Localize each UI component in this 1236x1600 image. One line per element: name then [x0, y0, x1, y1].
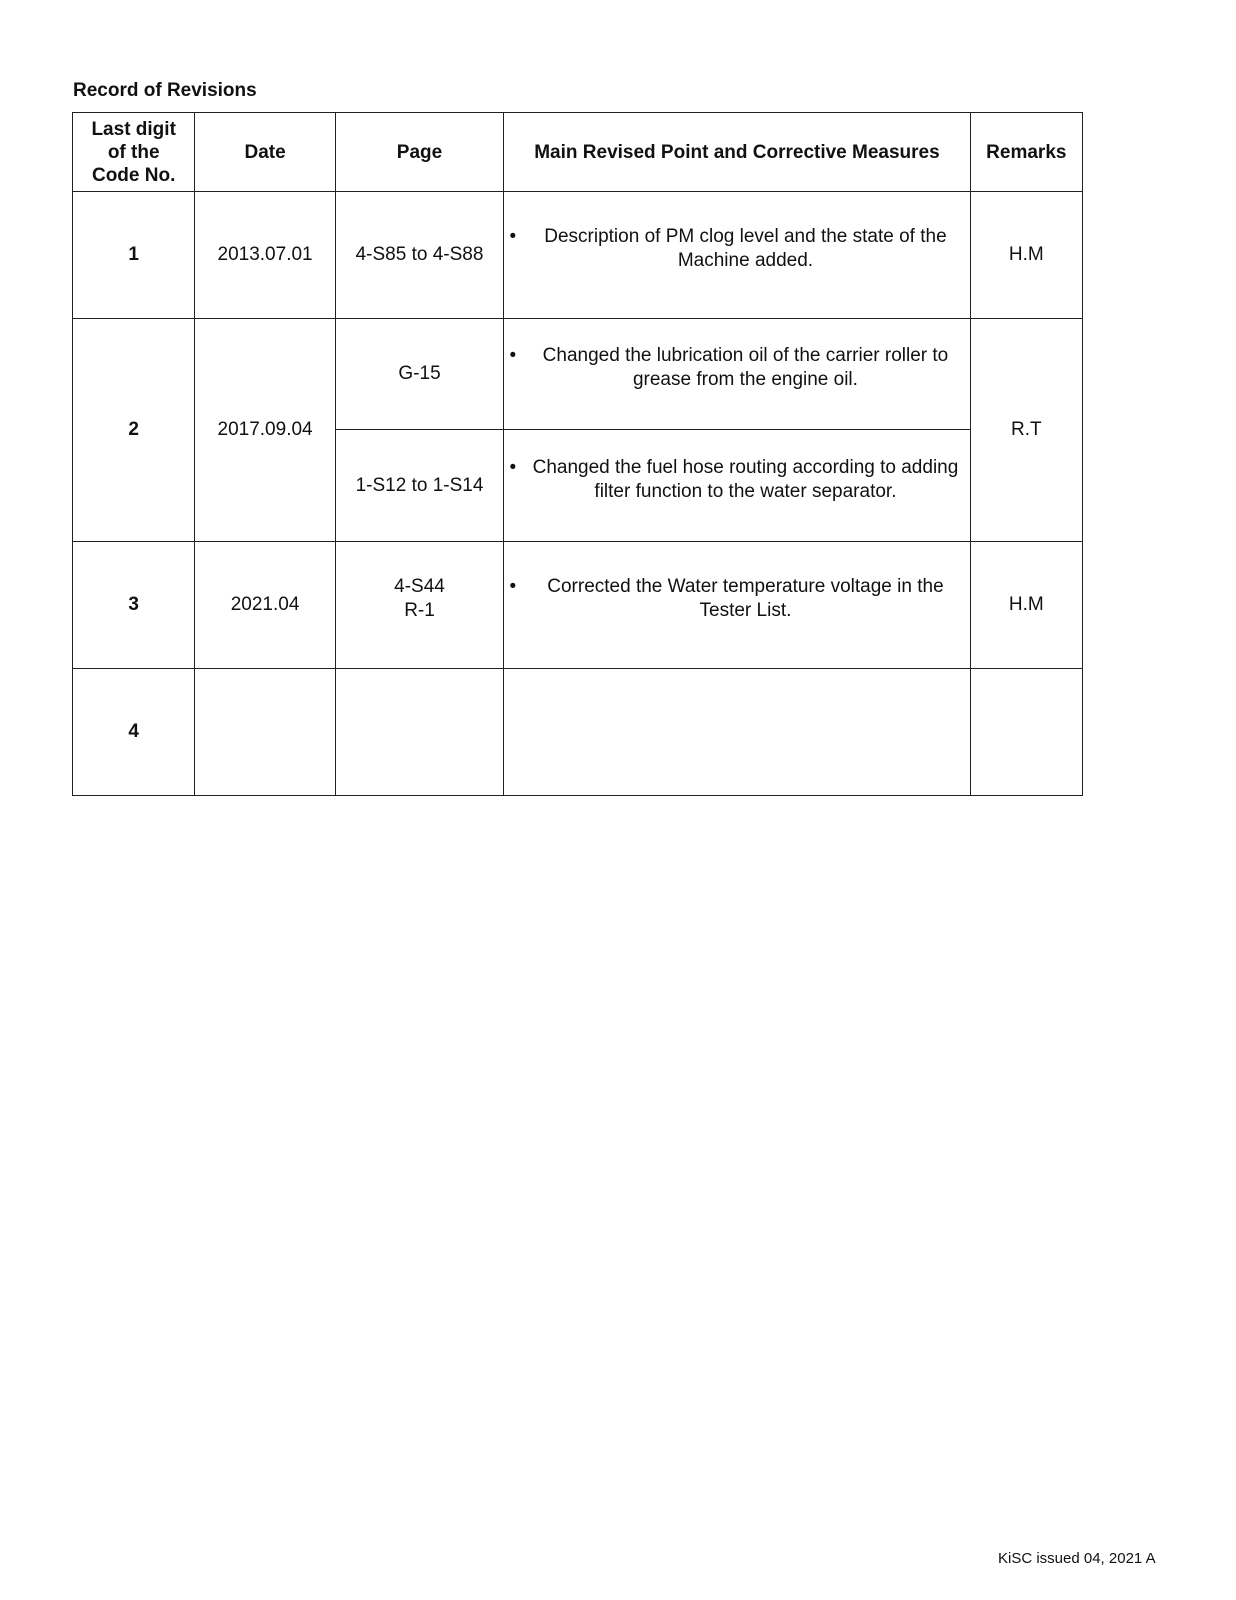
header-remarks: Remarks [970, 113, 1082, 192]
table-row: 3 2021.04 4-S44 R-1 •Corrected the Water… [73, 542, 1083, 669]
page-cell: G-15 [335, 319, 504, 430]
date-cell [195, 669, 335, 796]
bullet-icon: • [504, 344, 521, 368]
description-cell: •Description of PM clog level and the st… [504, 192, 970, 319]
remarks-cell: R.T [970, 319, 1082, 542]
table-header-row: Last digit of the Code No. Date Page Mai… [73, 113, 1083, 192]
code-cell: 1 [73, 192, 195, 319]
header-date: Date [195, 113, 335, 192]
page-cell [335, 669, 504, 796]
document-title: Record of Revisions [73, 80, 257, 102]
code-cell: 4 [73, 669, 195, 796]
bullet-icon: • [504, 456, 521, 480]
header-measures: Main Revised Point and Corrective Measur… [504, 113, 970, 192]
page-cell: 4-S85 to 4-S88 [335, 192, 504, 319]
page-cell: 1-S12 to 1-S14 [335, 430, 504, 542]
description-cell: •Corrected the Water temperature voltage… [504, 542, 970, 669]
bullet-icon: • [504, 575, 521, 599]
revisions-table: Last digit of the Code No. Date Page Mai… [72, 112, 1083, 796]
code-cell: 2 [73, 319, 195, 542]
bullet-icon: • [504, 225, 521, 249]
code-cell: 3 [73, 542, 195, 669]
description-cell: •Changed the fuel hose routing according… [504, 430, 970, 542]
description-cell: •Changed the lubrication oil of the carr… [504, 319, 970, 430]
table-row: 4 [73, 669, 1083, 796]
remarks-cell: H.M [970, 542, 1082, 669]
header-code: Last digit of the Code No. [73, 113, 195, 192]
description-cell [504, 669, 970, 796]
table-row: 1 2013.07.01 4-S85 to 4-S88 •Description… [73, 192, 1083, 319]
page-footer: KiSC issued 04, 2021 A [998, 1550, 1156, 1567]
date-cell: 2021.04 [195, 542, 335, 669]
remarks-cell: H.M [970, 192, 1082, 319]
header-page: Page [335, 113, 504, 192]
table-row: 2 2017.09.04 G-15 •Changed the lubricati… [73, 319, 1083, 430]
remarks-cell [970, 669, 1082, 796]
date-cell: 2013.07.01 [195, 192, 335, 319]
page-cell: 4-S44 R-1 [335, 542, 504, 669]
date-cell: 2017.09.04 [195, 319, 335, 542]
